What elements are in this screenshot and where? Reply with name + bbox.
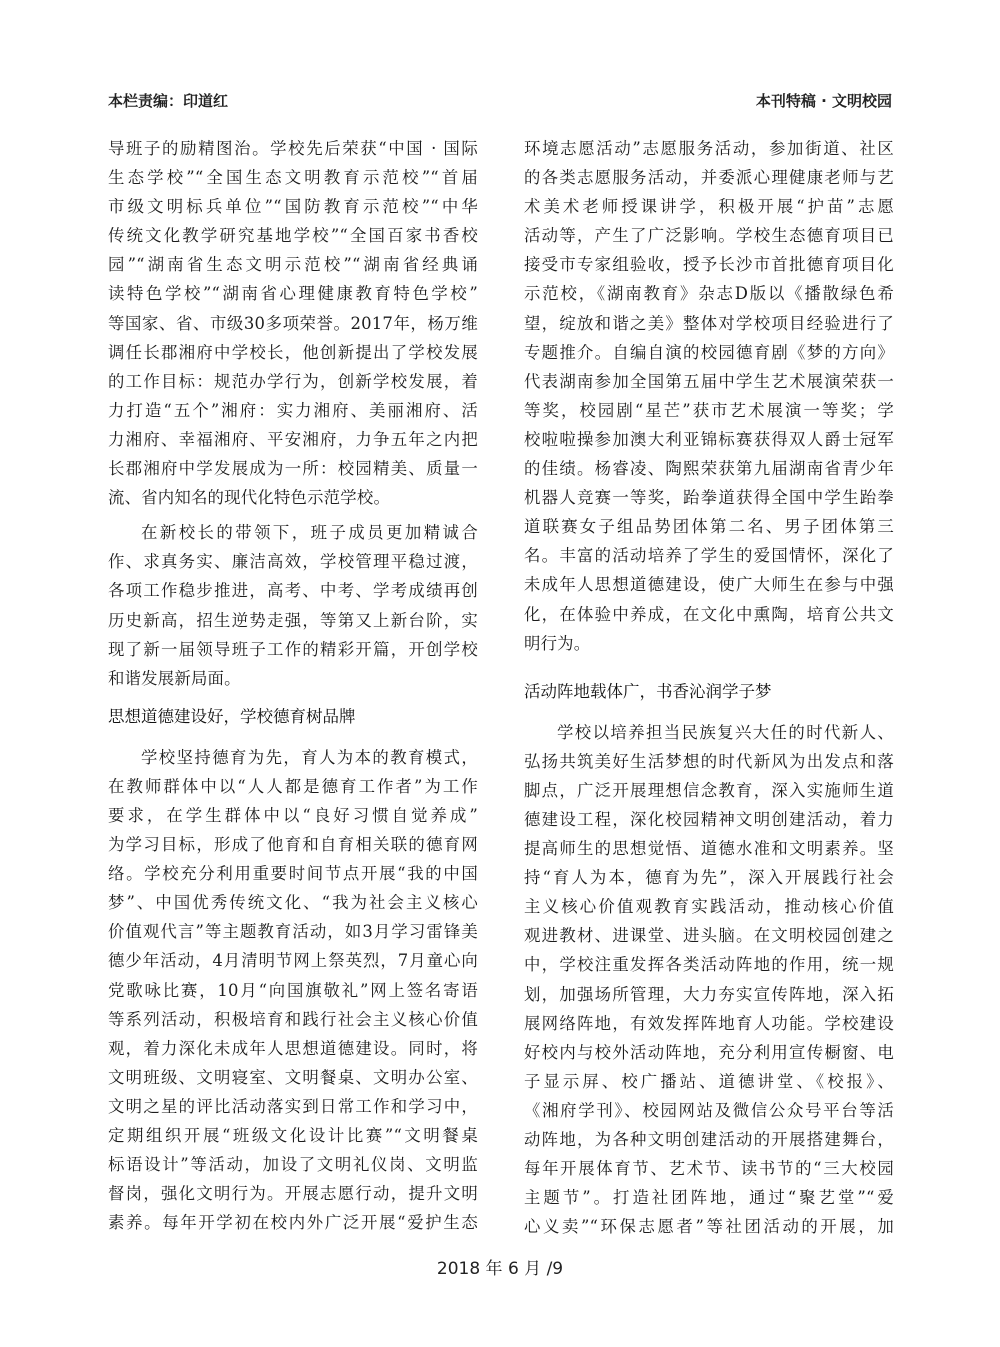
text-line: 展网络阵地，有效发挥阵地育人功能。学校建设 bbox=[524, 1009, 894, 1038]
text-line: 活动等，产生了广泛影响。学校生态德育项目已 bbox=[524, 221, 894, 250]
text-line: 观进教材、进课堂、进头脑。在文明校园创建之 bbox=[524, 921, 894, 950]
text-line: 道联赛女子组品势团体第二名、男子团体第三 bbox=[524, 512, 894, 541]
page-footer-date-number: 2018 年 6 月 /9 bbox=[0, 1254, 1000, 1279]
text-line: 望，绽放和谐之美》整体对学校项目经验进行了 bbox=[524, 309, 894, 338]
text-line: 力打造“五个”湘府：实力湘府、美丽湘府、活 bbox=[108, 396, 478, 425]
text-line: 文明之星的评比活动落实到日常工作和学习中， bbox=[108, 1092, 478, 1121]
text-line: 力湘府、幸福湘府、平安湘府，力争五年之内把 bbox=[108, 425, 478, 454]
text-line: 校啦啦操参加澳大利亚锦标赛获得双人爵士冠军 bbox=[524, 425, 894, 454]
text-line: 主义核心价值观教育实践活动，推动核心价值 bbox=[524, 892, 894, 921]
text-line: 长郡湘府中学发展成为一所：校园精美、质量一 bbox=[108, 454, 478, 483]
text-line: 接受市专家组验收，授予长沙市首批德育项目化 bbox=[524, 250, 894, 279]
text-line: 历史新高，招生逆势走强，等第又上新台阶，实 bbox=[108, 606, 478, 635]
text-line: 专题推介。自编自演的校园德育剧《梦的方向》 bbox=[524, 338, 894, 367]
paragraph-awards: 导班子的励精图治。学校先后荣获“中国 · 国际 生态学校”“全国生态文明教育示范… bbox=[108, 134, 478, 512]
text-line: 在新校长的带领下，班子成员更加精诚合 bbox=[108, 518, 478, 547]
text-line: 机器人竞赛一等奖，跆拳道获得全国中学生跆拳 bbox=[524, 483, 894, 512]
text-line: 的各类志愿服务活动，并委派心理健康老师与艺 bbox=[524, 163, 894, 192]
section-title: 本刊特稿 · 文明校园 bbox=[756, 90, 892, 111]
text-line: 的工作目标：规范办学行为，创新学校发展，着 bbox=[108, 367, 478, 396]
text-line: 各项工作稳步推进，高考、中考、学考成绩再创 bbox=[108, 576, 478, 605]
text-line: 调任长郡湘府中学校长，他创新提出了学校发展 bbox=[108, 338, 478, 367]
text-line: 梦”、中国优秀传统文化、“我为社会主义核心 bbox=[108, 888, 478, 917]
text-line: 脚点，广泛开展理想信念教育，深入实施师生道 bbox=[524, 776, 894, 805]
text-line: 主题节”。打造社团阵地，通过“聚艺堂”“爱 bbox=[524, 1183, 894, 1212]
text-line: 弘扬共筑美好生活梦想的时代新风为出发点和落 bbox=[524, 747, 894, 776]
text-line: 提高师生的思想觉悟、道德水准和文明素养。坚 bbox=[524, 834, 894, 863]
text-line: 和谐发展新局面。 bbox=[108, 664, 478, 693]
text-line: 名。丰富的活动培养了学生的爱国情怀，深化了 bbox=[524, 541, 894, 570]
left-column: 导班子的励精图治。学校先后荣获“中国 · 国际 生态学校”“全国生态文明教育示范… bbox=[108, 134, 478, 1237]
text-line: 等奖，校园剧“星芒”获市艺术展演一等奖；学 bbox=[524, 396, 894, 425]
text-line: 导班子的励精图治。学校先后荣获“中国 · 国际 bbox=[108, 134, 478, 163]
text-line: 代表湖南参加全国第五届中学生艺术展演荣获一 bbox=[524, 367, 894, 396]
paragraph-new-principal: 在新校长的带领下，班子成员更加精诚合 作、求真务实、廉洁高效，学校管理平稳过渡，… bbox=[108, 518, 478, 693]
text-line: 示范校，《湖南教育》杂志D版以《播散绿色希 bbox=[524, 279, 894, 308]
text-line: 传统文化教学研究基地学校”“全国百家书香校 bbox=[108, 221, 478, 250]
text-line: 动阵地，为各种文明创建活动的开展搭建舞台， bbox=[524, 1125, 894, 1154]
text-line: 学校坚持德育为先，育人为本的教育模式， bbox=[108, 743, 478, 772]
text-line: 中，学校注重发挥各类活动阵地的作用，统一规 bbox=[524, 950, 894, 979]
text-line: 子显示屏、校广播站、道德讲堂、《校报》、 bbox=[524, 1067, 894, 1096]
text-line: 价值观代言”等主题教育活动，如3月学习雷锋美 bbox=[108, 917, 478, 946]
text-line: 在教师群体中以“人人都是德育工作者”为工作 bbox=[108, 772, 478, 801]
text-line: 党歌咏比赛，10月“向国旗敬礼”网上签名寄语 bbox=[108, 976, 478, 1005]
text-line: 术美术老师授课讲学，积极开展“护苗”志愿 bbox=[524, 192, 894, 221]
text-line: 现了新一届领导班子工作的精彩开篇，开创学校 bbox=[108, 635, 478, 664]
text-line: 定期组织开展“班级文化设计比赛”“文明餐桌 bbox=[108, 1121, 478, 1150]
text-line: 明行为。 bbox=[524, 629, 894, 658]
right-column: 环境志愿活动”志愿服务活动，参加街道、社区 的各类志愿服务活动，并委派心理健康老… bbox=[524, 134, 894, 1241]
text-line: 每年开展体育节、艺术节、读书节的“三大校园 bbox=[524, 1154, 894, 1183]
section-heading-moral-education: 思想道德建设好，学校德育树品牌 bbox=[108, 697, 478, 737]
paragraph-volunteer-activities: 环境志愿活动”志愿服务活动，参加街道、社区 的各类志愿服务活动，并委派心理健康老… bbox=[524, 134, 894, 658]
text-line: 环境志愿活动”志愿服务活动，参加街道、社区 bbox=[524, 134, 894, 163]
text-line: 等系列活动，积极培育和践行社会主义核心价值 bbox=[108, 1005, 478, 1034]
text-line: 的佳绩。杨睿凌、陶熙荣获第九届湖南省青少年 bbox=[524, 454, 894, 483]
text-line: 《湘府学刊》、校园网站及微信公众号平台等活 bbox=[524, 1096, 894, 1125]
paragraph-moral-education: 学校坚持德育为先，育人为本的教育模式， 在教师群体中以“人人都是德育工作者”为工… bbox=[108, 743, 478, 1238]
text-line: 市级文明标兵单位”“国防教育示范校”“中华 bbox=[108, 192, 478, 221]
text-line: 学校以培养担当民族复兴大任的时代新人、 bbox=[524, 718, 894, 747]
text-line: 园”“湖南省生态文明示范校”“湖南省经典诵 bbox=[108, 250, 478, 279]
text-line: 德少年活动，4月清明节网上祭英烈，7月童心向 bbox=[108, 946, 478, 975]
text-line: 化，在体验中养成，在文化中熏陶，培育公共文 bbox=[524, 600, 894, 629]
text-line: 心义卖”“环保志愿者”等社团活动的开展，加 bbox=[524, 1212, 894, 1241]
text-line: 未成年人思想道德建设，使广大师生在参与中强 bbox=[524, 570, 894, 599]
text-line: 读特色学校”“湖南省心理健康教育特色学校” bbox=[108, 279, 478, 308]
text-line: 标语设计”等活动，加设了文明礼仪岗、文明监 bbox=[108, 1150, 478, 1179]
section-heading-activity-bases: 活动阵地载体广，书香沁润学子梦 bbox=[524, 672, 894, 712]
column-editor-label: 本栏责编：印道红 bbox=[108, 90, 228, 111]
text-line: 生态学校”“全国生态文明教育示范校”“首届 bbox=[108, 163, 478, 192]
text-line: 素养。每年开学初在校内外广泛开展“爱护生态 bbox=[108, 1208, 478, 1237]
text-line: 观，着力深化未成年人思想道德建设。同时，将 bbox=[108, 1034, 478, 1063]
text-line: 德建设工程，深化校园精神文明创建活动，着力 bbox=[524, 805, 894, 834]
text-line: 文明班级、文明寝室、文明餐桌、文明办公室、 bbox=[108, 1063, 478, 1092]
text-line: 为学习目标，形成了他育和自育相关联的德育网 bbox=[108, 830, 478, 859]
text-line: 络。学校充分利用重要时间节点开展“我的中国 bbox=[108, 859, 478, 888]
text-line: 要求，在学生群体中以“良好习惯自觉养成” bbox=[108, 801, 478, 830]
text-line: 流、省内知名的现代化特色示范学校。 bbox=[108, 483, 478, 512]
paragraph-activity-bases: 学校以培养担当民族复兴大任的时代新人、 弘扬共筑美好生活梦想的时代新风为出发点和… bbox=[524, 718, 894, 1242]
text-line: 督岗，强化文明行为。开展志愿行动，提升文明 bbox=[108, 1179, 478, 1208]
text-line: 持“育人为本，德育为先”，深入开展践行社会 bbox=[524, 863, 894, 892]
text-line: 好校内与校外活动阵地，充分利用宣传橱窗、电 bbox=[524, 1038, 894, 1067]
text-line: 等国家、省、市级30多项荣誉。2017年，杨万维 bbox=[108, 309, 478, 338]
text-line: 作、求真务实、廉洁高效，学校管理平稳过渡， bbox=[108, 547, 478, 576]
text-line: 划，加强场所管理，大力夯实宣传阵地，深入拓 bbox=[524, 980, 894, 1009]
